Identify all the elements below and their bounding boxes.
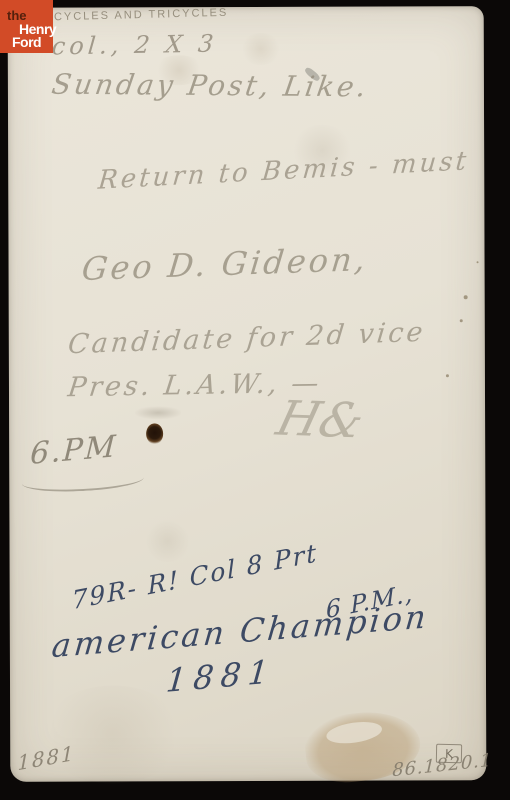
paper-smudge <box>144 520 190 562</box>
pencil-note-column-size: col., 2 X 3 <box>51 32 218 59</box>
pencil-note-sunday-post: Sunday Post, Like. <box>50 71 371 102</box>
archive-scan-background: CYCLES AND TRICYCLES col., 2 X 3 Sunday … <box>0 0 510 800</box>
paper-smudge <box>240 33 282 65</box>
logo-word-ford: Ford <box>12 35 41 49</box>
paper-speck <box>464 295 468 299</box>
pencil-smudge <box>135 406 181 419</box>
paper-speck <box>446 374 449 377</box>
ink-note-year: 1881 <box>165 655 277 697</box>
pencil-monogram: H& <box>272 395 368 446</box>
pencil-note-subject-name: Geo D. Gideon, <box>80 243 369 285</box>
paper-speck <box>460 319 463 322</box>
henry-ford-museum-logo: the Henry Ford <box>0 0 53 53</box>
ink-blot-hole <box>146 423 163 444</box>
paper-speck <box>477 261 479 263</box>
brown-stain-center <box>325 719 383 747</box>
pencil-note-time: 6.PM <box>29 432 118 470</box>
